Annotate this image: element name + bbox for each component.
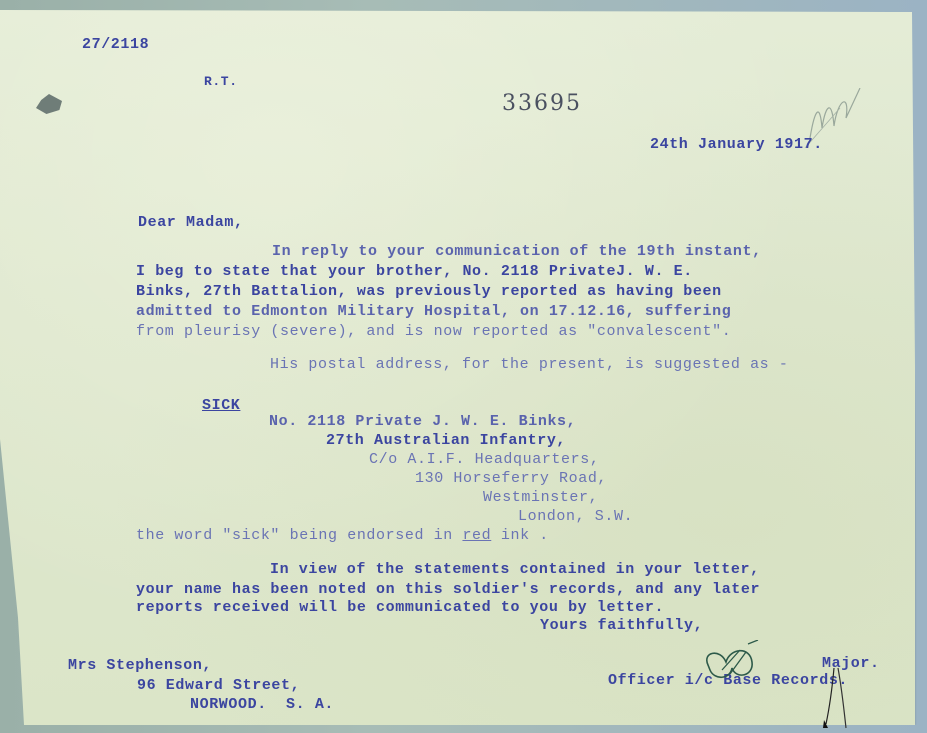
soldier-address-line-1: No. 2118 Private J. W. E. Binks, — [269, 414, 576, 429]
letter-date: 24th January 1917. — [650, 137, 823, 152]
ink-strokes — [820, 660, 860, 730]
soldier-address-line-6: London, S.W. — [518, 509, 633, 524]
body-line-4: admitted to Edmonton Military Hospital, … — [136, 304, 731, 319]
recipient-name: Mrs Stephenson, — [68, 658, 212, 673]
valediction: Yours faithfully, — [540, 618, 703, 633]
body-line-5: from pleurisy (severe), and is now repor… — [136, 324, 731, 339]
handwritten-signature — [700, 640, 770, 685]
body-line-1: In reply to your communication of the 19… — [272, 244, 762, 259]
body-line-3: Binks, 27th Battalion, was previously re… — [136, 284, 722, 299]
body-line-2: I beg to state that your brother, No. 21… — [136, 264, 693, 279]
recipient-town: NORWOOD. S. A. — [190, 697, 334, 712]
closing-line-1: In view of the statements contained in y… — [270, 562, 760, 577]
closing-line-3: reports received will be communicated to… — [136, 600, 664, 615]
sick-label: SICK — [202, 398, 240, 413]
soldier-address-line-4: 130 Horseferry Road, — [415, 471, 607, 486]
postal-address-intro: His postal address, for the present, is … — [270, 357, 788, 372]
soldier-address-line-3: C/o A.I.F. Headquarters, — [369, 452, 599, 467]
soldier-address-line-2: 27th Australian Infantry, — [326, 433, 566, 448]
reference-number: 27/2118 — [82, 37, 149, 52]
soldier-address-line-5: Westminster, — [483, 490, 598, 505]
closing-line-2: your name has been noted on this soldier… — [136, 582, 760, 597]
registry-stamp-number: 33695 — [502, 93, 582, 115]
recipient-street: 96 Edward Street, — [137, 678, 300, 693]
typist-initials: R.T. — [204, 75, 238, 88]
endorsement-text-before: the word "sick" being endorsed in — [136, 527, 462, 544]
endorsement-red-word: red — [462, 527, 491, 544]
endorsement-note: the word "sick" being endorsed in red in… — [136, 528, 549, 543]
endorsement-text-after: ink . — [491, 527, 549, 544]
salutation: Dear Madam, — [138, 215, 244, 230]
